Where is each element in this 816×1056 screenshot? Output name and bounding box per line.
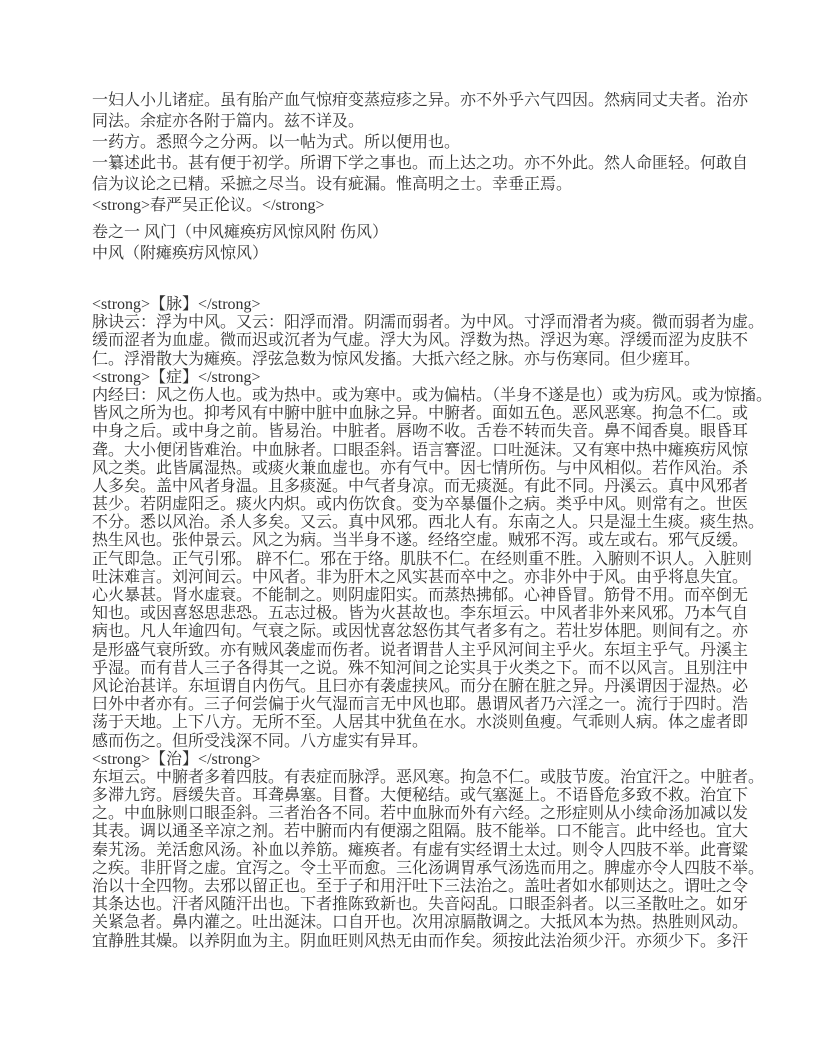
- main-text-line: 乎湿。而有昔人三子各得其一之说。殊不知河间之论实具于火类之下。而不以风言。且别注…: [92, 660, 804, 678]
- main-text-line: 风之类。此皆属湿热。或痰火兼血虚也。亦有气中。因七情所伤。与中风相似。若作风治。…: [92, 460, 804, 478]
- main-text-line: 仁。浮滑散大为瘫痪。浮弦急数为惊风发搐。大抵六经之脉。亦与伤寒同。但少瘥耳。: [92, 351, 804, 369]
- main-text-line: 其条达也。汗者风随汗出也。下者推陈致新也。失音闷乱。口眼歪斜者。以三圣散吐之。如…: [92, 896, 804, 914]
- main-text-line: 热生风也。张仲景云。风之为病。当半身不遂。经络空虚。贼邪不泻。或左或右。邪气反缓…: [92, 532, 804, 550]
- main-text-line: 荡于天地。上下八方。无所不至。人居其中犹鱼在水。水淡则鱼瘦。气乖则人病。体之虚者…: [92, 714, 804, 732]
- main-text-line: 治以十全四物。去邪以留正也。至于子和用汗吐下三法治之。盖吐者如水郁则达之。谓吐之…: [92, 878, 804, 896]
- chapter-heading-block: 卷之一 风门（中风瘫痪疠风惊风附 伤风）中风（附瘫痪疠风惊风）: [92, 222, 804, 264]
- main-text-line: <strong>【症】</strong>: [92, 369, 804, 387]
- main-text-line: 之疾。非肝肾之虚。宜泻之。令土平而愈。三化汤调胃承气汤选而用之。脾虚亦令人四肢不…: [92, 860, 804, 878]
- main-text-line: 多滞九窍。唇缓失音。耳聋鼻塞。目瞀。大便秘结。或气塞涎上。不语昏危多致不救。治宜…: [92, 787, 804, 805]
- preface-line: 一药方。悉照今之分两。以一帖为式。所以便用也。: [92, 132, 804, 153]
- main-text-line: 其表。调以通圣辛凉之剂。若中腑而内有便溺之阻隔。肢不能举。口不能言。此中经也。宜…: [92, 823, 804, 841]
- main-text-line: 风论治甚详。东垣谓自内伤气。且曰亦有袭虚挟风。而分在腑在脏之异。丹溪谓因于湿热。…: [92, 678, 804, 696]
- main-text-line: 是形盛气衰所致。亦有贼风袭虚而伤者。说者谓昔人主乎风河间主乎火。东垣主乎气。丹溪…: [92, 642, 804, 660]
- main-text-line: 心火暴甚。肾水虚衰。不能制之。则阴虚阳实。而蒸热拂郁。心神昏冒。筋骨不用。而卒倒…: [92, 587, 804, 605]
- main-text-line: 内经曰：风之伤人也。或为热中。或为寒中。或为偏枯。（半身不遂是也）或为疠风。或为…: [92, 387, 804, 405]
- preface-line: 一纂述此书。甚有便于初学。所谓下学之事也。而上达之功。亦不外此。然人命匪轻。何敢…: [92, 153, 804, 174]
- main-text-line: 人多矣。盖中风者身温。且多痰涎。中气者身凉。而无痰涎。有此不同。丹溪云。真中风邪…: [92, 478, 804, 496]
- preface-line: 同法。余症亦各附于篇内。兹不详及。: [92, 111, 804, 132]
- main-text-line: 不分。悉以风治。杀人多矣。又云。真中风邪。西北人有。东南之人。只是湿土生痰。痰生…: [92, 514, 804, 532]
- main-text-line: 宜静胜其燥。以养阴血为主。阴血旺则风热无由而作矣。须按此法治须少汗。亦须少下。多…: [92, 933, 804, 951]
- main-text-line: 皆风之所为也。抑考风有中腑中脏中血脉之异。中腑者。面如五色。恶风恶寒。拘急不仁。…: [92, 405, 804, 423]
- main-text-line: 知也。或因喜怒思悲恐。五志过极。皆为火甚故也。李东垣云。中风者非外来风邪。乃本气…: [92, 605, 804, 623]
- main-text-line: 甚少。若阴虚阳乏。痰火内炽。或内伤饮食。变为卒暴僵仆之病。类乎中风。则常有之。世…: [92, 496, 804, 514]
- preface-line: 信为议论之已精。采摭之尽当。设有疵漏。惟高明之士。幸垂正焉。: [92, 174, 804, 195]
- preface-line: 一妇人小儿诸症。虽有胎产血气惊疳变蒸痘疹之异。亦不外乎六气四因。然病同丈夫者。治…: [92, 90, 804, 111]
- main-text-line: 感而伤之。但所受浅深不同。八方虚实有异耳。: [92, 733, 804, 751]
- main-text-line: 曰外中者亦有。三子何尝偏于火气湿而言无中风也耶。愚谓风者乃六淫之一。流行于四时。…: [92, 696, 804, 714]
- main-text-block: <strong>【脉】</strong>脉诀云：浮为中风。又云：阳浮而滑。阴濡而…: [92, 296, 804, 951]
- main-text-line: 聋。大小便闭皆难治。中血脉者。口眼歪斜。语言謇涩。口吐涎沫。又有寒中热中瘫痪疠风…: [92, 442, 804, 460]
- main-text-line: <strong>【脉】</strong>: [92, 296, 804, 314]
- chapter-heading-line: 卷之一 风门（中风瘫痪疠风惊风附 伤风）: [92, 222, 804, 243]
- preface-block: 一妇人小儿诸症。虽有胎产血气惊疳变蒸痘疹之异。亦不外乎六气四因。然病同丈夫者。治…: [92, 90, 804, 216]
- main-text-line: 东垣云。中腑者多着四肢。有表症而脉浮。恶风寒。拘急不仁。或肢节废。治宜汗之。中脏…: [92, 769, 804, 787]
- main-text-line: 秦艽汤。羌活愈风汤。补血以养筋。瘫痪者。有虚有实经谓土太过。则令人四肢不举。此膏…: [92, 842, 804, 860]
- main-text-line: 病也。凡人年逾四旬。气衰之际。或因忧喜忿怒伤其气者多有之。若壮岁体肥。则间有之。…: [92, 623, 804, 641]
- chapter-heading-line: 中风（附瘫痪疠风惊风）: [92, 243, 804, 264]
- preface-line: <strong>春严吴正伦议。</strong>: [92, 195, 804, 216]
- main-text-line: 缓而涩者为血虚。微而迟或沉者为气虚。浮大为风。浮数为热。浮迟为寒。浮缓而涩为皮肤…: [92, 332, 804, 350]
- main-text-line: 吐沫难言。刘河间云。中风者。非为肝木之风实甚而卒中之。亦非外中于风。由乎将息失宜…: [92, 569, 804, 587]
- main-text-line: 正气即急。正气引邪。 辟不仁。邪在于络。肌肤不仁。在经则重不胜。入腑则不识人。入…: [92, 551, 804, 569]
- main-text-line: 关紧急者。鼻内灌之。吐出涎沫。口自开也。次用凉膈散调之。大抵风本为热。热胜则风动…: [92, 914, 804, 932]
- main-text-line: <strong>【治】</strong>: [92, 751, 804, 769]
- document-body: 一妇人小儿诸症。虽有胎产血气惊疳变蒸痘疹之异。亦不外乎六气四因。然病同丈夫者。治…: [92, 90, 804, 951]
- main-text-line: 中身之后。或中身之前。皆易治。中脏者。唇吻不收。舌卷不转而失音。鼻不闻香臭。眼昏…: [92, 423, 804, 441]
- main-text-line: 之。中血脉则口眼歪斜。三者治各不同。若中血脉而外有六经。之形症则从小续命汤加减以…: [92, 805, 804, 823]
- document-page: 一妇人小儿诸症。虽有胎产血气惊疳变蒸痘疹之异。亦不外乎六气四因。然病同丈夫者。治…: [0, 0, 816, 1056]
- main-text-line: 脉诀云：浮为中风。又云：阳浮而滑。阴濡而弱者。为中风。寸浮而滑者为痰。微而弱者为…: [92, 314, 804, 332]
